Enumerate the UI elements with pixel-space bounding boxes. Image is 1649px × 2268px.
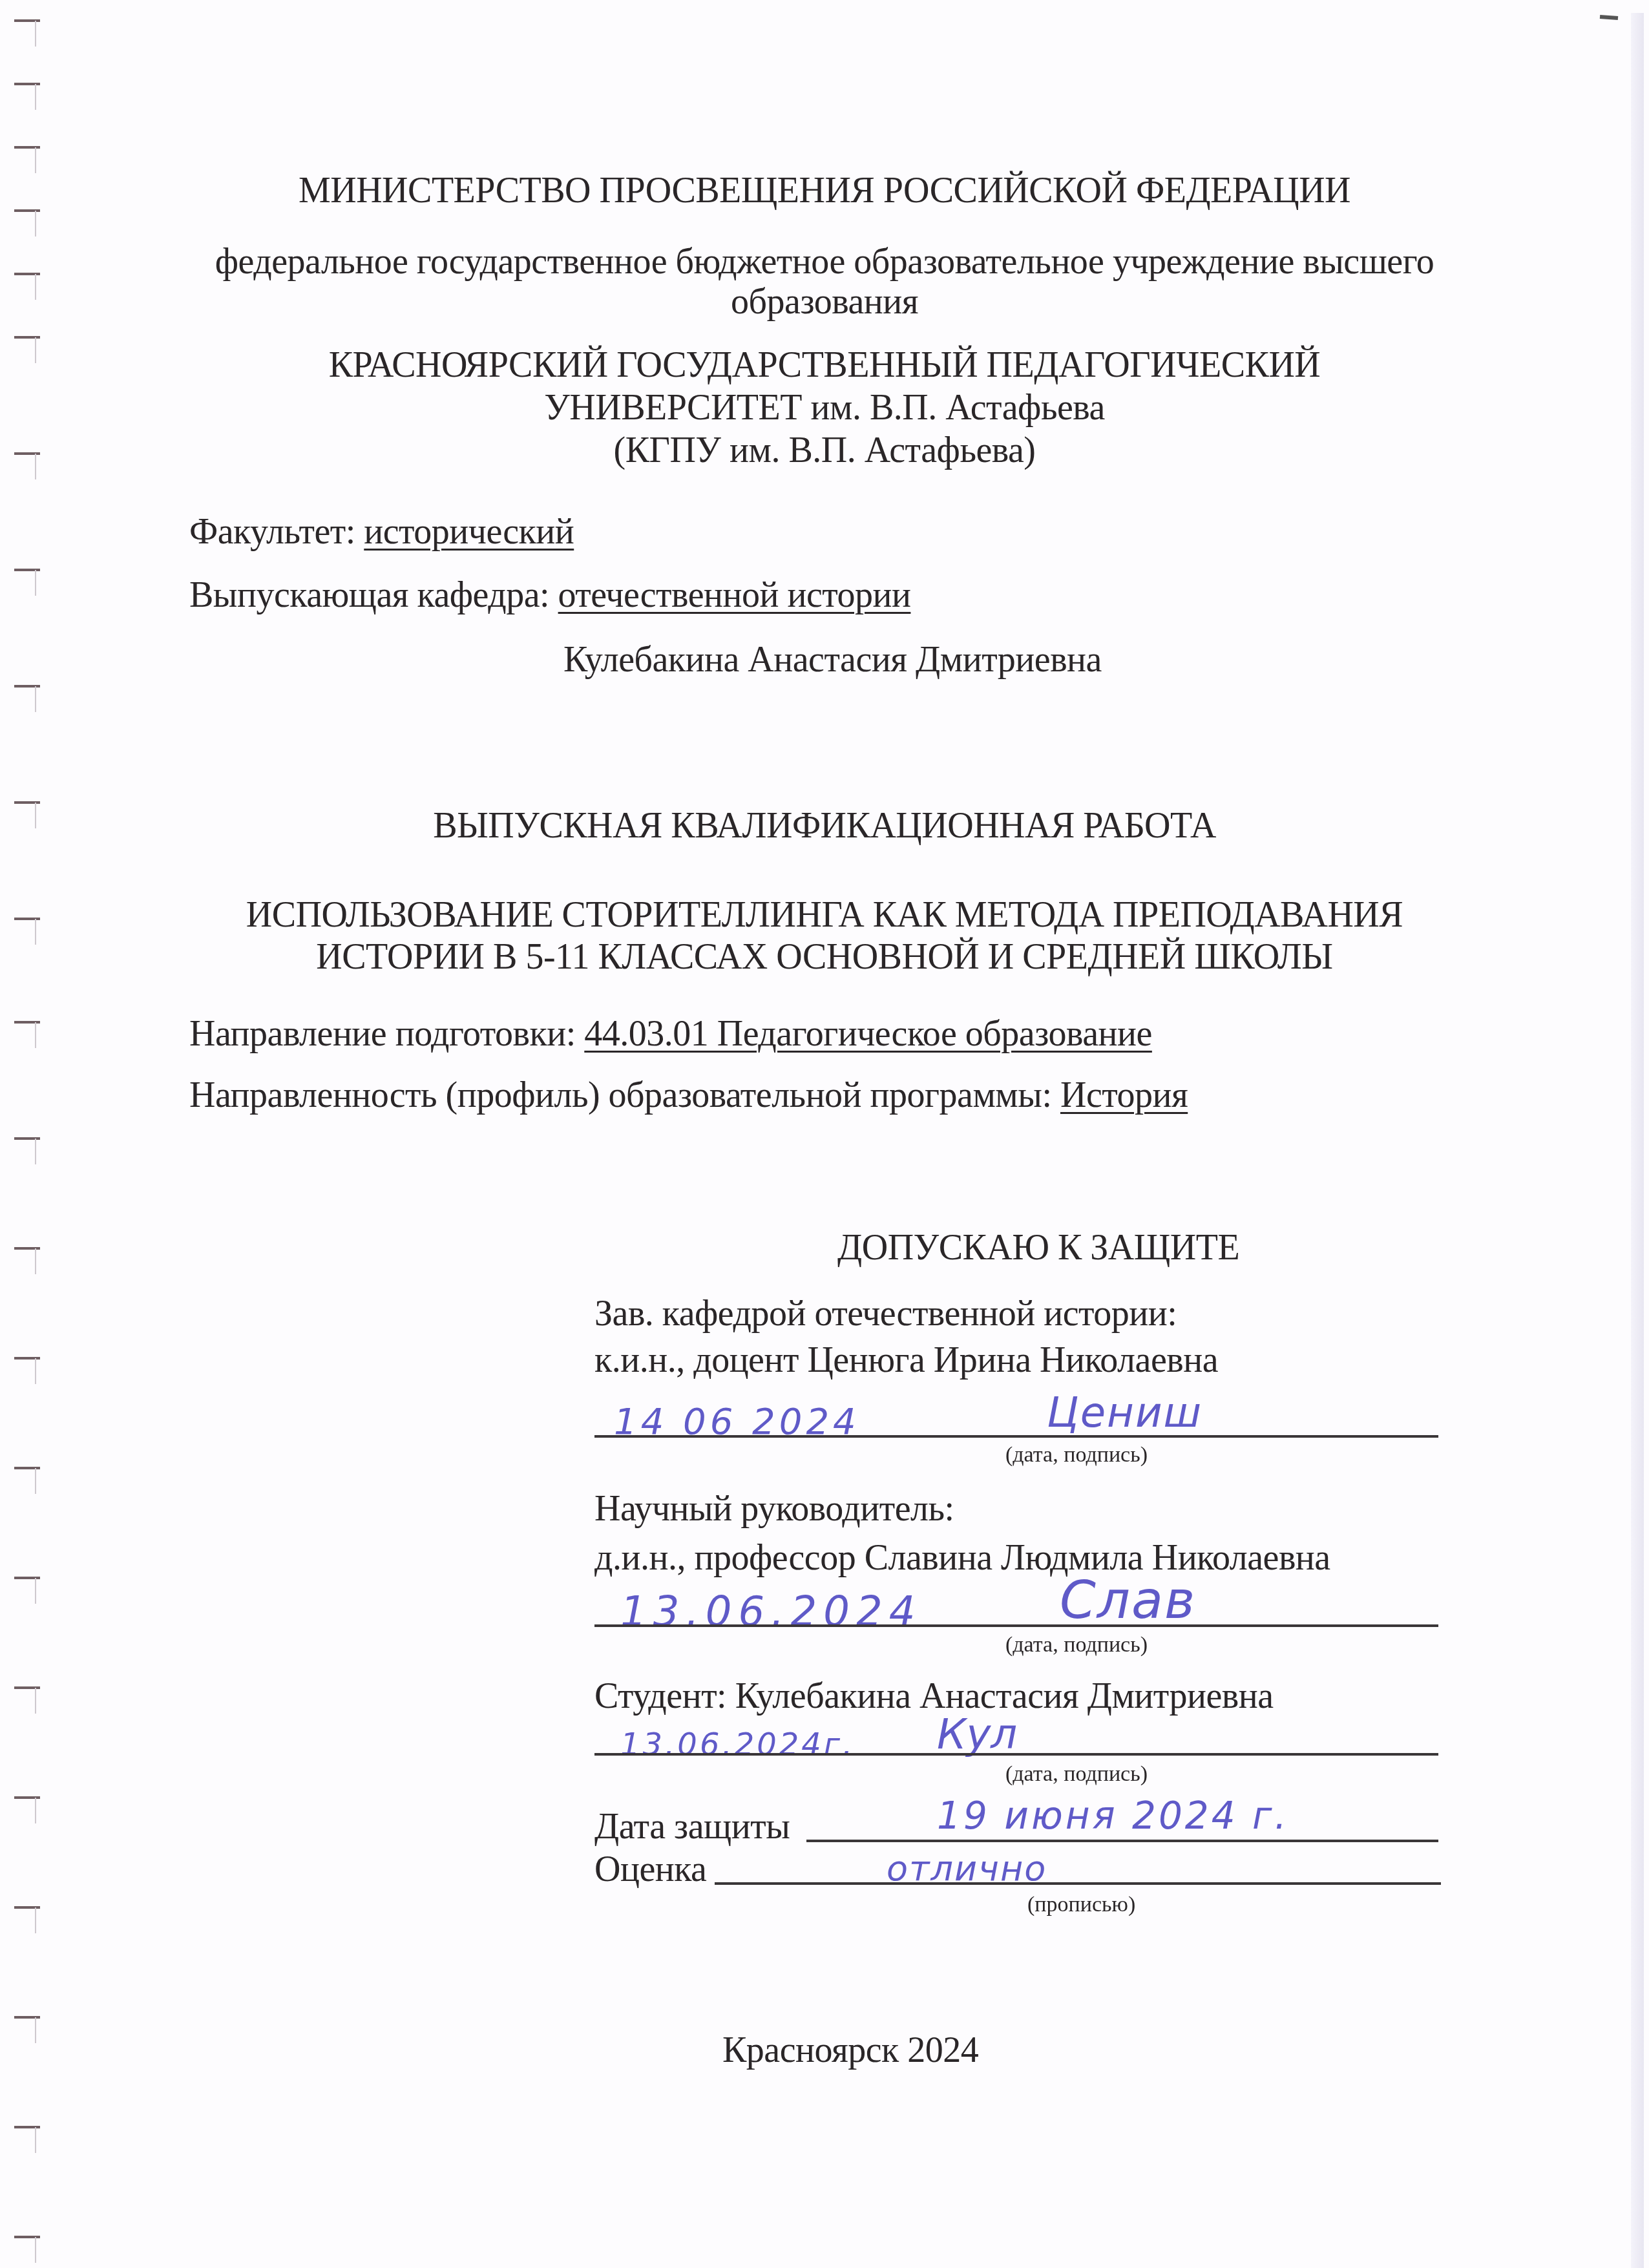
work-title-line2: ИСТОРИИ В 5-11 КЛАССАХ ОСНОВНОЙ И СРЕДНЕ… xyxy=(0,936,1649,978)
university-abbr: (КГПУ им. В.П. Астафьева) xyxy=(0,429,1649,472)
supervisor-sign-line xyxy=(594,1624,1438,1627)
supervisor-signature: Слав xyxy=(1060,1570,1196,1630)
department-label: Выпускающая кафедра: xyxy=(189,575,549,615)
grade-caption: (прописью) xyxy=(1027,1892,1135,1918)
head-signature: Цениш xyxy=(1047,1389,1203,1437)
direction-value: 44.03.01 Педагогическое образование xyxy=(584,1014,1152,1054)
student-sign-caption: (дата, подпись) xyxy=(1005,1761,1148,1787)
student-signature: Кул xyxy=(937,1711,1017,1759)
direction-row: Направление подготовки: 44.03.01 Педагог… xyxy=(189,1013,1152,1055)
defense-date-line xyxy=(806,1840,1438,1842)
grade-line xyxy=(715,1882,1441,1885)
head-sign-line xyxy=(594,1435,1438,1438)
profile-label: Направленность (профиль) образовательной… xyxy=(189,1075,1051,1115)
author-name: Кулебакина Анастасия Дмитриевна xyxy=(563,638,1102,681)
student-name: Студент: Кулебакина Анастасия Дмитриевна xyxy=(594,1675,1274,1717)
faculty-label: Факультет: xyxy=(189,512,355,552)
city-year: Красноярск 2024 xyxy=(722,2029,978,2072)
supervisor-name: д.и.н., профессор Славина Людмила Никола… xyxy=(594,1537,1330,1579)
department-row: Выпускающая кафедра: отечественной истор… xyxy=(189,574,910,616)
work-title-line1: ИСПОЛЬЗОВАНИЕ СТОРИТЕЛЛИНГА КАК МЕТОДА П… xyxy=(0,894,1649,936)
university-name-line1: КРАСНОЯРСКИЙ ГОСУДАРСТВЕННЫЙ ПЕДАГОГИЧЕС… xyxy=(0,344,1649,386)
supervisor-role: Научный руководитель: xyxy=(594,1487,954,1530)
faculty-value: исторический xyxy=(364,512,574,552)
ministry-name: МИНИСТЕРСТВО ПРОСВЕЩЕНИЯ РОССИЙСКОЙ ФЕДЕ… xyxy=(0,169,1649,212)
head-role: Зав. кафедрой отечественной истории: xyxy=(594,1292,1177,1335)
defense-date-value: 19 июня 2024 г. xyxy=(937,1794,1289,1838)
profile-value: История xyxy=(1060,1075,1188,1115)
department-value: отечественной истории xyxy=(558,575,911,615)
profile-row: Направленность (профиль) образовательной… xyxy=(189,1074,1188,1117)
approval-heading: ДОПУСКАЮ К ЗАЩИТЕ xyxy=(837,1226,1239,1269)
grade-label: Оценка xyxy=(594,1848,706,1891)
institution-type-line2: образования xyxy=(0,280,1649,323)
head-name: к.и.н., доцент Ценюга Ирина Николаевна xyxy=(594,1339,1218,1381)
university-name-line2: УНИВЕРСИТЕТ им. В.П. Астафьева xyxy=(0,386,1649,429)
student-sign-line xyxy=(594,1753,1438,1756)
institution-type-line1: федеральное государственное бюджетное об… xyxy=(0,240,1649,283)
supervisor-handwritten-date: 13.06.2024 xyxy=(620,1588,921,1636)
page-corner-mark xyxy=(1600,15,1618,20)
direction-label: Направление подготовки: xyxy=(189,1014,576,1054)
supervisor-sign-caption: (дата, подпись) xyxy=(1005,1632,1148,1658)
work-type: ВЫПУСКНАЯ КВАЛИФИКАЦИОННАЯ РАБОТА xyxy=(0,804,1649,847)
faculty-row: Факультет: исторический xyxy=(189,510,574,553)
student-handwritten-date: 13.06.2024г. xyxy=(620,1727,855,1763)
defense-date-label: Дата защиты xyxy=(594,1805,790,1848)
head-sign-caption: (дата, подпись) xyxy=(1005,1442,1148,1468)
